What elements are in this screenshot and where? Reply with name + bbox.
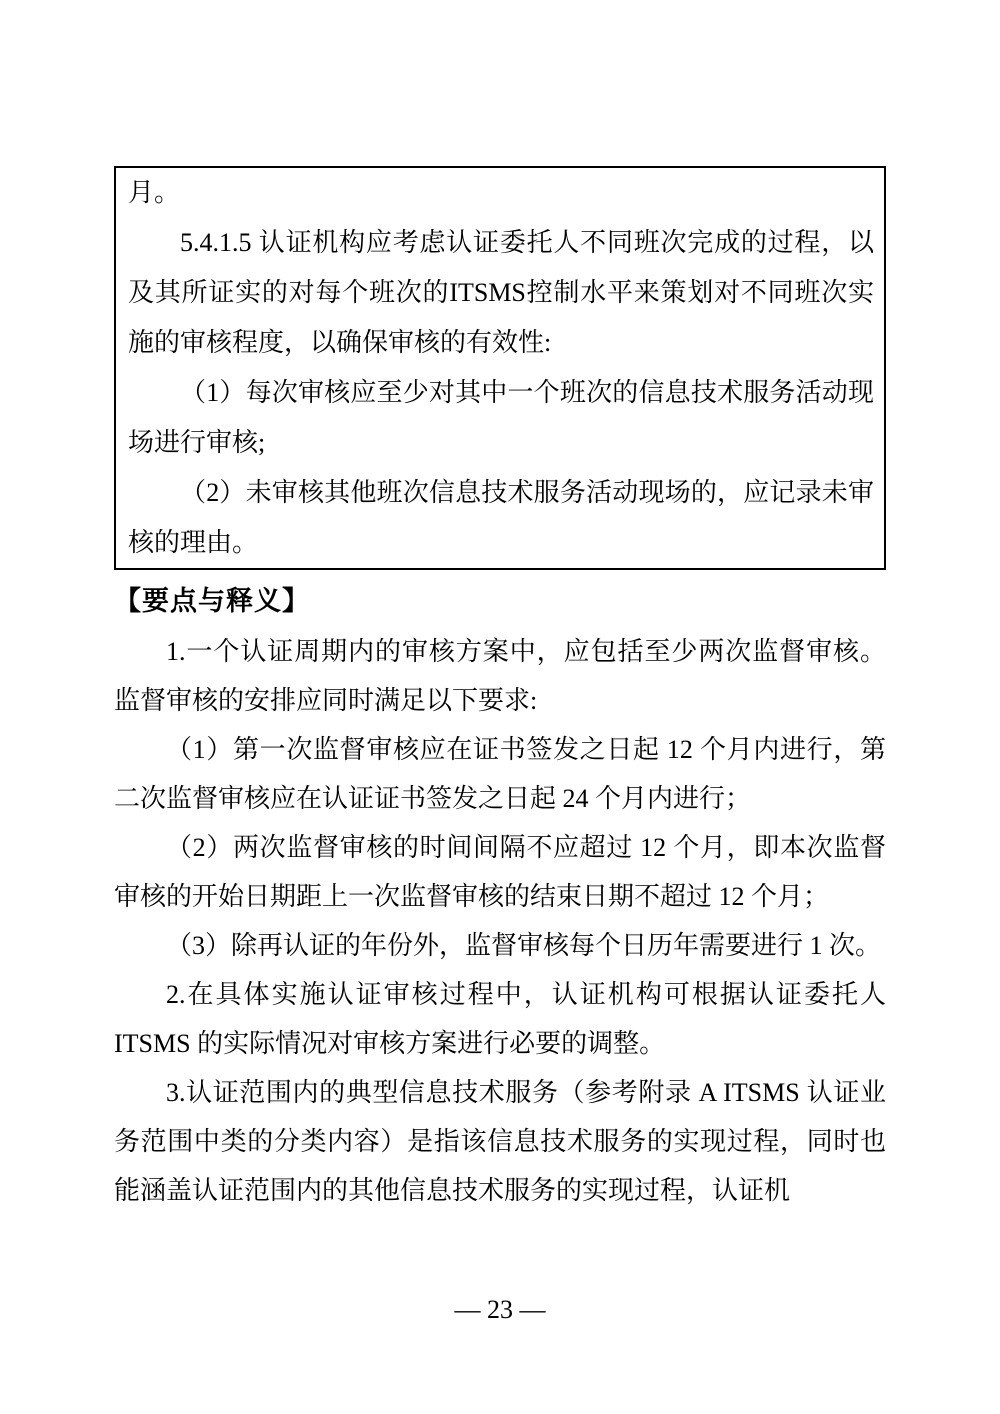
body-paragraph-1-item3: （3）除再认证的年份外，监督审核每个日历年需要进行 1 次。 bbox=[114, 921, 886, 970]
quote-paragraph-5415: 5.4.1.5 认证机构应考虑认证委托人不同班次完成的过程，以及其所证实的对每个… bbox=[128, 218, 874, 368]
section-body: 1.一个认证周期内的审核方案中，应包括至少两次监督审核。监督审核的安排应同时满足… bbox=[114, 627, 886, 1215]
section-heading: 【要点与释义】 bbox=[114, 581, 886, 621]
quote-box: 月。 5.4.1.5 认证机构应考虑认证委托人不同班次完成的过程，以及其所证实的… bbox=[114, 166, 886, 570]
body-paragraph-1-item2: （2）两次监督审核的时间间隔不应超过 12 个月，即本次监督审核的开始日期距上一… bbox=[114, 823, 886, 921]
quote-paragraph-continuation: 月。 bbox=[128, 168, 874, 218]
body-paragraph-3: 3.认证范围内的典型信息技术服务（参考附录 A ITSMS 认证业务范围中类的分… bbox=[114, 1068, 886, 1215]
body-paragraph-1-item1: （1）第一次监督审核应在证书签发之日起 12 个月内进行，第二次监督审核应在认证… bbox=[114, 725, 886, 823]
page-number: — 23 — bbox=[0, 1290, 1000, 1330]
quote-paragraph-item1: （1）每次审核应至少对其中一个班次的信息技术服务活动现场进行审核; bbox=[128, 368, 874, 468]
body-paragraph-2: 2.在具体实施认证审核过程中，认证机构可根据认证委托人 ITSMS 的实际情况对… bbox=[114, 970, 886, 1068]
quote-paragraph-item2: （2）未审核其他班次信息技术服务活动现场的，应记录未审核的理由。 bbox=[128, 468, 874, 568]
page-content: 月。 5.4.1.5 认证机构应考虑认证委托人不同班次完成的过程，以及其所证实的… bbox=[114, 166, 886, 1215]
body-paragraph-1: 1.一个认证周期内的审核方案中，应包括至少两次监督审核。监督审核的安排应同时满足… bbox=[114, 627, 886, 725]
document-page: 月。 5.4.1.5 认证机构应考虑认证委托人不同班次完成的过程，以及其所证实的… bbox=[0, 0, 1000, 1414]
